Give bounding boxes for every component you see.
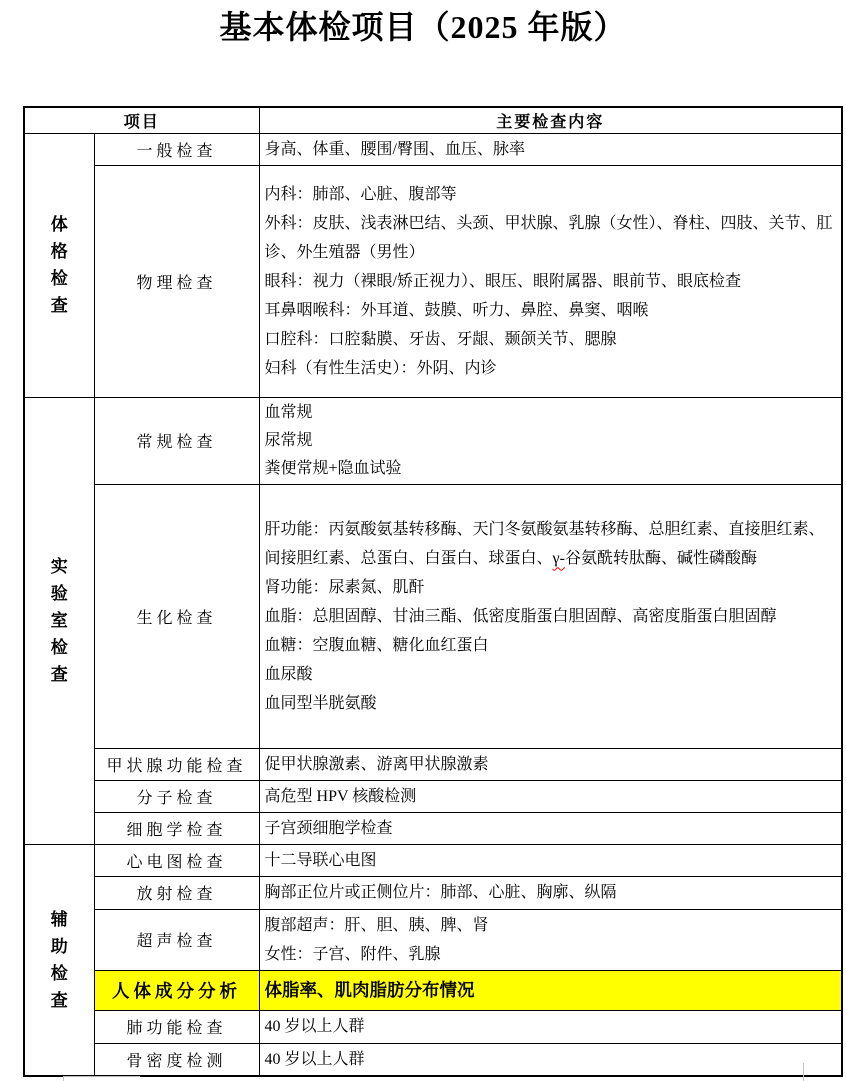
category-cell-general-exam: 一般检查 bbox=[94, 133, 259, 165]
category-cell-thyroid-function: 甲状腺功能检查 bbox=[94, 748, 259, 780]
content-cell-bone-density: 40 岁以上人群 bbox=[259, 1043, 842, 1076]
content-cell-physical-exam: 内科：肺部、心脏、腹部等 外科：皮肤、浅表淋巴结、头颈、甲状腺、乳腺（女性）、脊… bbox=[259, 165, 842, 397]
table-row-highlighted: 人体成分分析 体脂率、肌肉脂肪分布情况 bbox=[24, 970, 842, 1010]
category-cell-body-composition: 人体成分分析 bbox=[94, 970, 259, 1010]
category-cell-cytology-tests: 细胞学检查 bbox=[94, 812, 259, 844]
content-cell-biochemistry-tests: 肝功能：丙氨酸氨基转移酶、天门冬氨酸氨基转移酶、总胆红素、直接胆红素、间接胆红素… bbox=[259, 484, 842, 748]
content-cell-radiology: 胸部正位片或正侧位片：肺部、心脏、胸廓、纵隔 bbox=[259, 876, 842, 909]
group-label-physical-examination: 体格检查 bbox=[50, 211, 68, 319]
table-row: 放射检查 胸部正位片或正侧位片：肺部、心脏、胸廓、纵隔 bbox=[24, 876, 842, 909]
content-cell-ultrasound: 腹部超声：肝、胆、胰、脾、肾 女性：子宫、附件、乳腺 bbox=[259, 909, 842, 970]
group-cell-auxiliary-examination: 辅助检查 bbox=[24, 844, 94, 1076]
table-row: 生化检查 肝功能：丙氨酸氨基转移酶、天门冬氨酸氨基转移酶、总胆红素、直接胆红素、… bbox=[24, 484, 842, 748]
table-row: 辅助检查 心电图检查 十二导联心电图 bbox=[24, 844, 842, 876]
category-cell-ecg: 心电图检查 bbox=[94, 844, 259, 876]
category-cell-lung-function: 肺功能检查 bbox=[94, 1010, 259, 1043]
category-cell-physical-exam: 物理检查 bbox=[94, 165, 259, 397]
table-row: 细胞学检查 子宫颈细胞学检查 bbox=[24, 812, 842, 844]
table-row: 肺功能检查 40 岁以上人群 bbox=[24, 1010, 842, 1043]
column-header-item: 项目 bbox=[24, 107, 259, 133]
group-label-auxiliary-examination: 辅助检查 bbox=[50, 906, 68, 1014]
biochem-text-after: 谷氨酰转肽酶、碱性磷酸酶 肾功能：尿素氮、肌酐 血脂：总胆固醇、甘油三酯、低密度… bbox=[265, 550, 777, 712]
content-cell-ecg: 十二导联心电图 bbox=[259, 844, 842, 876]
category-cell-ultrasound: 超声检查 bbox=[94, 909, 259, 970]
group-cell-physical-examination: 体格检查 bbox=[24, 133, 94, 397]
content-cell-general-exam: 身高、体重、腰围/臀围、血压、脉率 bbox=[259, 133, 842, 165]
spellcheck-flagged-text: γ- bbox=[553, 550, 565, 567]
table-row: 体格检查 一般检查 身高、体重、腰围/臀围、血压、脉率 bbox=[24, 133, 842, 165]
table-row: 骨密度检测 40 岁以上人群 bbox=[24, 1043, 842, 1076]
document-page: 基本体检项目（2025 年版） 项目 主要检查内容 体格检查 一般检查 身高、体… bbox=[0, 0, 846, 1081]
content-cell-body-composition: 体脂率、肌肉脂肪分布情况 bbox=[259, 970, 842, 1010]
content-cell-routine-tests: 血常规 尿常规 粪便常规+隐血试验 bbox=[259, 397, 842, 484]
category-cell-routine-tests: 常规检查 bbox=[94, 397, 259, 484]
category-cell-biochemistry-tests: 生化检查 bbox=[94, 484, 259, 748]
content-cell-molecular-tests: 高危型 HPV 核酸检测 bbox=[259, 780, 842, 812]
next-page-table-edge-left bbox=[63, 1076, 140, 1081]
exam-items-table: 项目 主要检查内容 体格检查 一般检查 身高、体重、腰围/臀围、血压、脉率 物理… bbox=[23, 106, 843, 1077]
table-row: 物理检查 内科：肺部、心脏、腹部等 外科：皮肤、浅表淋巴结、头颈、甲状腺、乳腺（… bbox=[24, 165, 842, 397]
table-row: 甲状腺功能检查 促甲状腺激素、游离甲状腺激素 bbox=[24, 748, 842, 780]
table-row: 超声检查 腹部超声：肝、胆、胰、脾、肾 女性：子宫、附件、乳腺 bbox=[24, 909, 842, 970]
category-cell-radiology: 放射检查 bbox=[94, 876, 259, 909]
content-cell-lung-function: 40 岁以上人群 bbox=[259, 1010, 842, 1043]
table-row: 分子检查 高危型 HPV 核酸检测 bbox=[24, 780, 842, 812]
category-cell-molecular-tests: 分子检查 bbox=[94, 780, 259, 812]
table-header-row: 项目 主要检查内容 bbox=[24, 107, 842, 133]
next-page-table-edge-right bbox=[803, 1063, 804, 1081]
table-row: 实验室检查 常规检查 血常规 尿常规 粪便常规+隐血试验 bbox=[24, 397, 842, 484]
page-title: 基本体检项目（2025 年版） bbox=[0, 0, 846, 46]
group-cell-laboratory-examination: 实验室检查 bbox=[24, 397, 94, 844]
column-header-content: 主要检查内容 bbox=[259, 107, 842, 133]
group-label-laboratory-examination: 实验室检查 bbox=[50, 553, 68, 688]
category-cell-bone-density: 骨密度检测 bbox=[94, 1043, 259, 1076]
content-cell-cytology-tests: 子宫颈细胞学检查 bbox=[259, 812, 842, 844]
content-cell-thyroid-function: 促甲状腺激素、游离甲状腺激素 bbox=[259, 748, 842, 780]
